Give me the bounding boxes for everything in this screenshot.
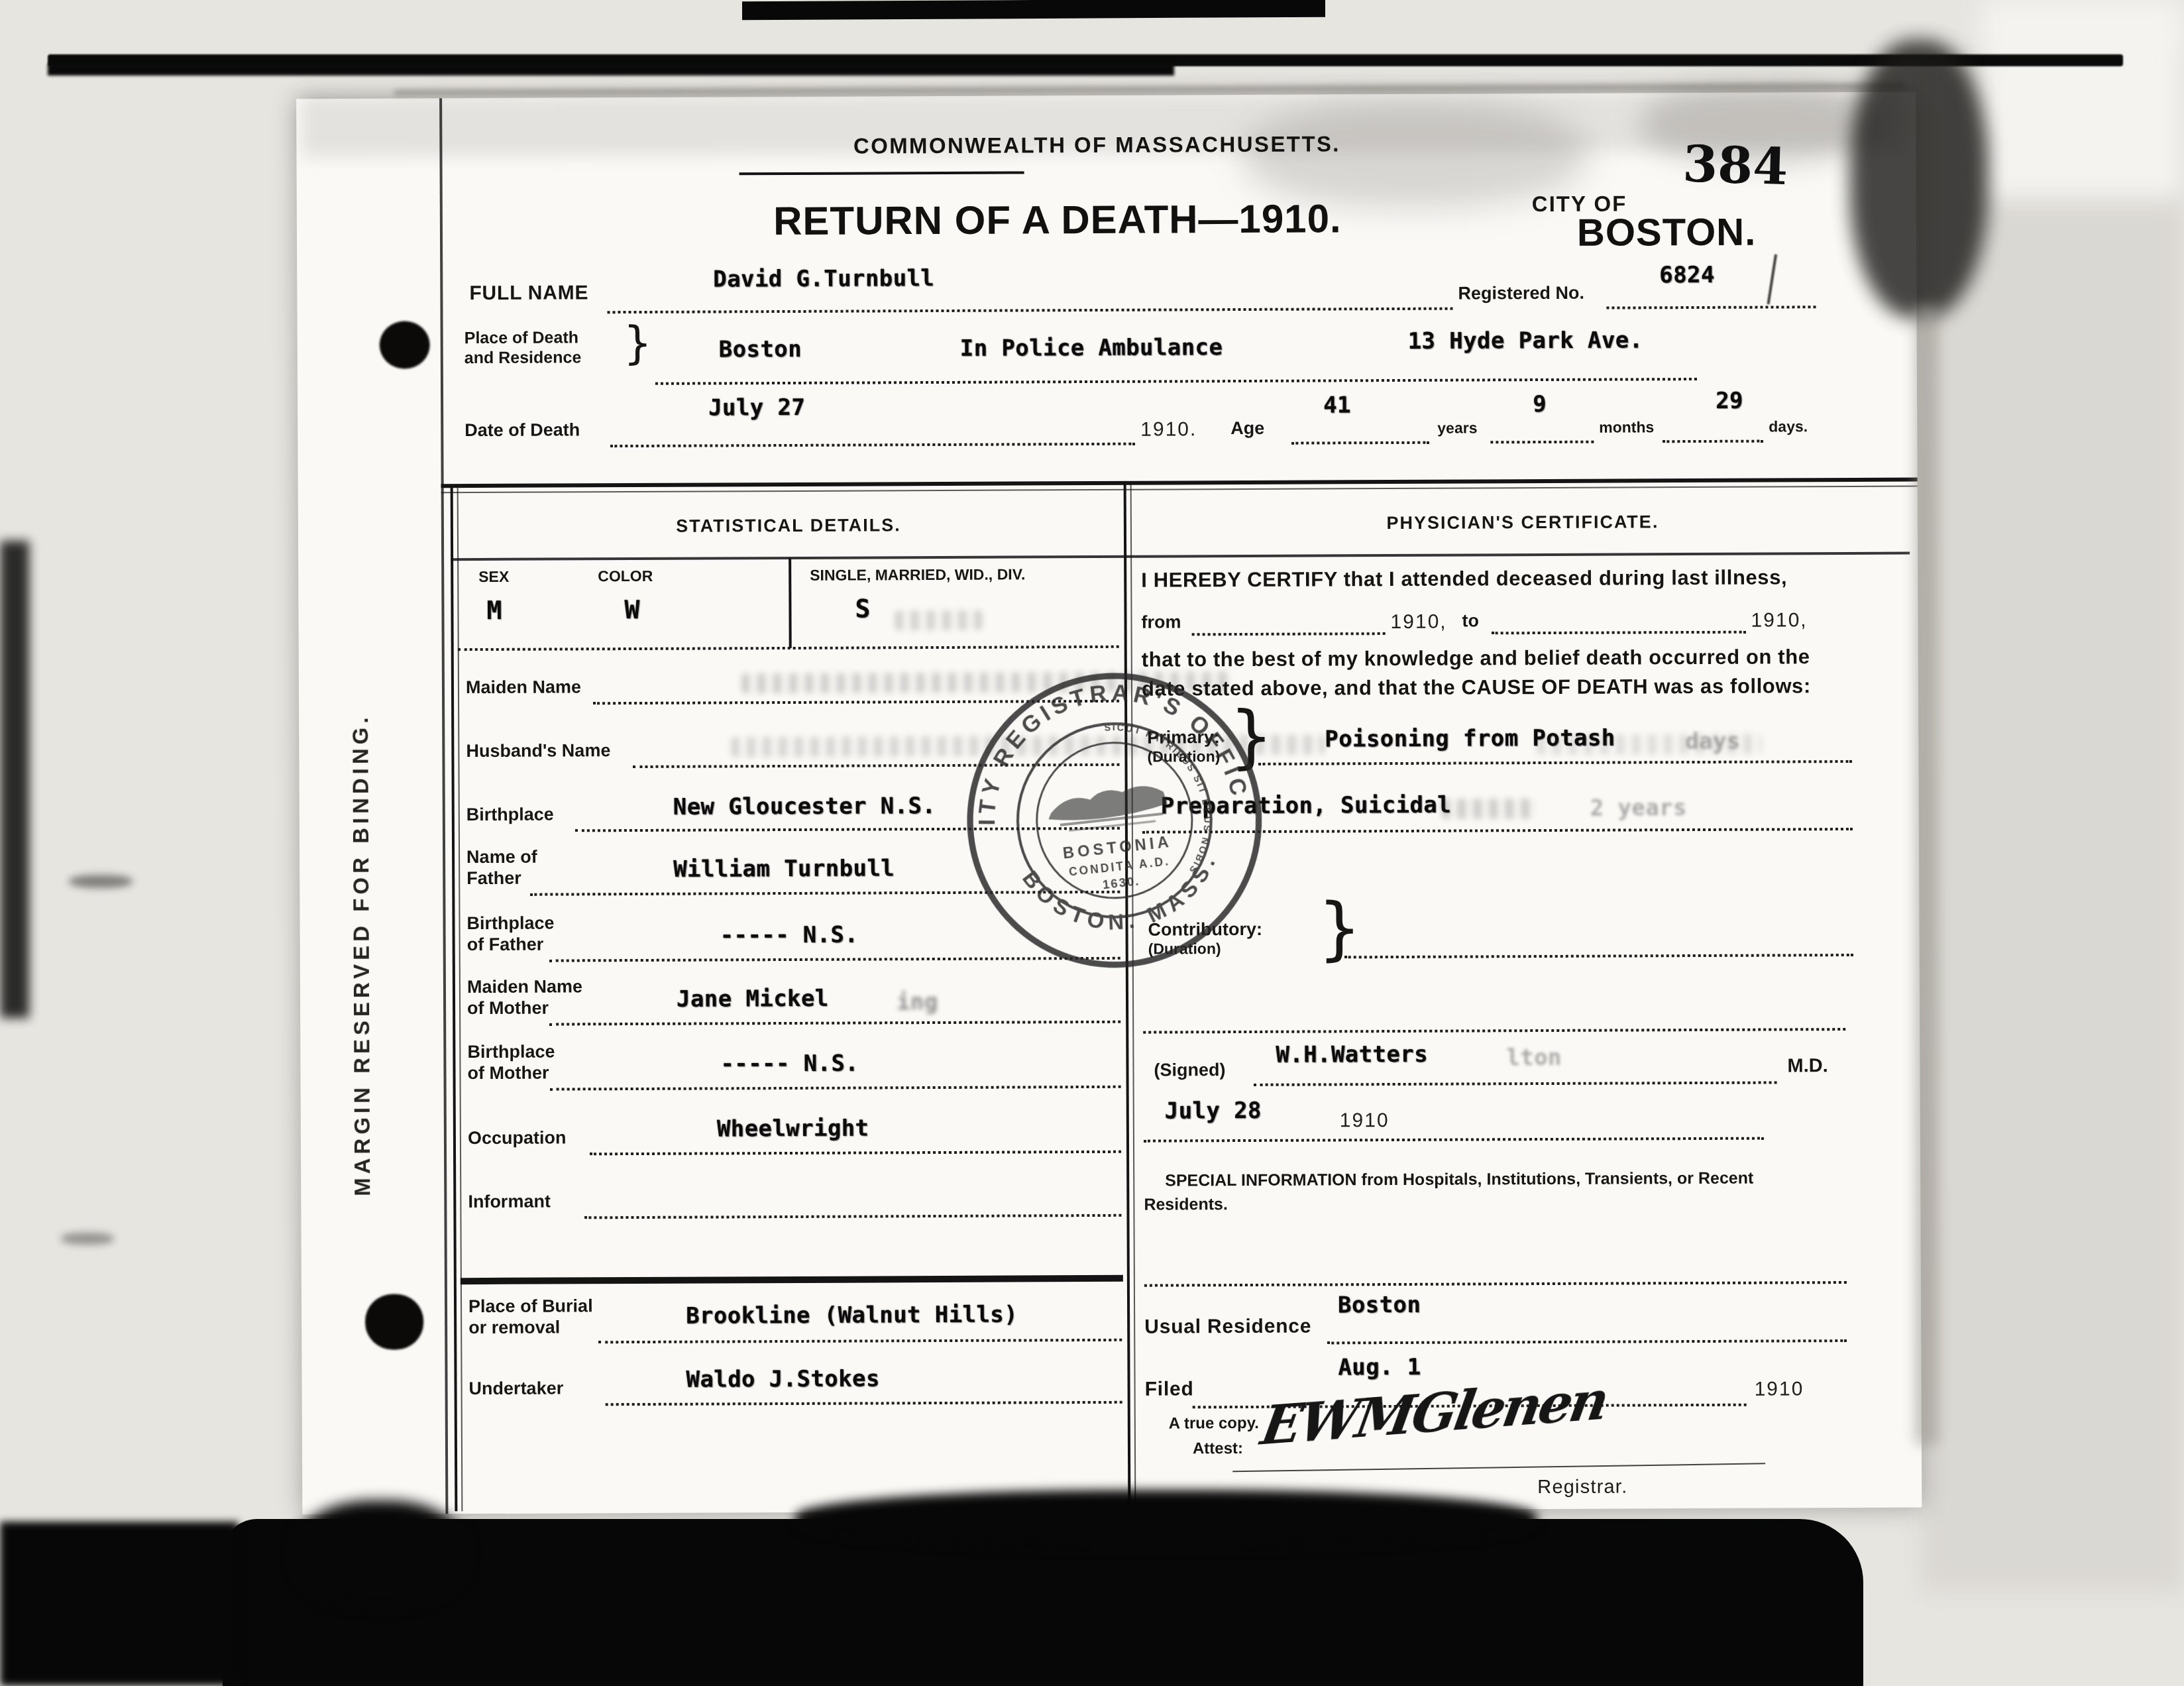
contributory-brace: } — [1317, 899, 1362, 961]
occupation-value: Wheelwright — [717, 1118, 869, 1141]
birthplace-label: Birthplace — [466, 805, 554, 825]
undertaker-value: Waldo J.Stokes — [686, 1369, 879, 1392]
filed-year-printed: 1910 — [1755, 1378, 1804, 1400]
scan-top-bar — [742, 0, 1325, 20]
special-info-line-2: Residents. — [1144, 1195, 1228, 1214]
certify-line: I HEREBY CERTIFY that I attended decease… — [1141, 565, 1787, 594]
undertaker-label: Undertaker — [469, 1378, 564, 1398]
city-name: BOSTON. — [1577, 212, 1756, 256]
signed-date-value: July 28 — [1165, 1101, 1262, 1124]
months-label: months — [1599, 420, 1654, 437]
full-name-value: David G.Turnbull — [713, 268, 934, 292]
age-label: Age — [1230, 418, 1264, 438]
place-city-value: Boston — [719, 339, 802, 363]
statistical-title: STATISTICAL DETAILS. — [457, 514, 1120, 537]
mother-name-value: Jane Mickel — [677, 989, 829, 1012]
place-of-death-label-1: Place of Death — [464, 328, 578, 347]
md-label: M.D. — [1787, 1056, 1828, 1078]
scan-corner-blotch — [1850, 40, 1988, 318]
registered-no-value: 6824 — [1659, 265, 1715, 288]
signed-name-ghost: lton — [1506, 1048, 1562, 1070]
seal-year-text: 1630. — [1102, 873, 1140, 891]
erased-text-smudge — [1537, 734, 1762, 755]
special-info-line-1: SPECIAL INFORMATION from Hospitals, Inst… — [1165, 1169, 1753, 1190]
mother-birthplace-label-1: Birthplace — [467, 1042, 555, 1062]
place-detail-value: In Police Ambulance — [960, 337, 1223, 361]
usual-residence-value: Boston — [1338, 1295, 1421, 1318]
scan-left-streak — [0, 541, 29, 1018]
marital-value: S — [855, 597, 870, 622]
sex-label: SEX — [478, 570, 509, 587]
mother-name-label-1: Maiden Name — [467, 976, 582, 997]
scan-left-mark-2 — [61, 1233, 114, 1245]
cause-secondary-ghost: 2 years — [1590, 798, 1687, 821]
from-year: 1910, — [1390, 611, 1447, 634]
signed-year-printed: 1910 — [1340, 1109, 1390, 1132]
date-value: July 27 — [708, 398, 805, 421]
physician-title: PHYSICIAN'S CERTIFICATE. — [1132, 511, 1914, 534]
scan-bottom-bump — [795, 1490, 1537, 1548]
age-years-value: 41 — [1323, 395, 1351, 418]
father-name-value: William Turnbull — [673, 858, 895, 881]
scan-top-strip-thick — [48, 64, 1174, 76]
commonwealth-heading: COMMONWEALTH OF MASSACHUSETTS. — [659, 132, 1534, 161]
page-number-handwritten: 384 — [1682, 133, 1788, 196]
color-value: W — [624, 598, 639, 624]
occupation-label: Occupation — [468, 1127, 567, 1148]
date-year-printed: 1910. — [1140, 418, 1197, 441]
scanned-death-certificate: MARGIN RESERVED FOR BINDING. COMMONWEALT… — [0, 0, 2184, 1686]
erased-text-smudge — [1442, 799, 1537, 819]
father-birthplace-label-1: Birthplace — [466, 913, 554, 934]
erased-text-smudge — [895, 610, 982, 631]
marital-label: SINGLE, MARRIED, WID., DIV. — [810, 567, 1025, 585]
age-months-line — [1490, 441, 1594, 444]
full-name-label: FULL NAME — [469, 283, 588, 306]
signed-label: (Signed) — [1154, 1060, 1225, 1080]
days-label: days. — [1769, 420, 1808, 437]
birthplace-value: New Gloucester N.S. — [673, 796, 936, 820]
mother-birthplace-label-2: of Mother — [467, 1063, 549, 1084]
father-birthplace-value: ----- N.S. — [720, 925, 859, 948]
mother-name-ghost: ing — [897, 992, 938, 1015]
place-address-value: 13 Hyde Park Ave. — [1408, 330, 1643, 354]
city-registrar-seal-stamp: CITY REGISTRAR'S OFFICE BOSTON. MASS. SI… — [950, 655, 1280, 986]
date-of-death-label: Date of Death — [464, 420, 580, 440]
to-year: 1910, — [1751, 609, 1807, 632]
filed-label: Filed — [1145, 1379, 1194, 1402]
informant-label: Informant — [468, 1192, 551, 1212]
sex-value: M — [486, 599, 502, 624]
usual-residence-label: Usual Residence — [1144, 1317, 1311, 1340]
filed-date-value: Aug. 1 — [1338, 1357, 1421, 1380]
mother-name-label-2: of Mother — [467, 998, 549, 1019]
years-label: years — [1437, 421, 1477, 438]
from-label: from — [1141, 612, 1181, 632]
father-birthplace-label-2: of Father — [467, 934, 544, 955]
place-of-death-label-2: and Residence — [464, 348, 582, 367]
binding-margin-note: MARGIN RESERVED FOR BINDING. — [349, 713, 376, 1196]
age-days-line — [1663, 440, 1763, 443]
scan-bottom-left-corner — [0, 1522, 239, 1686]
scan-left-mark-1 — [69, 875, 133, 888]
burial-place-label-2: or removal — [468, 1318, 560, 1338]
punch-hole-bottom — [365, 1294, 423, 1349]
color-label: COLOR — [598, 569, 653, 587]
signed-name-value: W.H.Watters — [1276, 1044, 1428, 1068]
registered-no-label: Registered No. — [1458, 283, 1584, 304]
scan-right-edge-streak — [1915, 305, 1939, 1445]
registrar-label: Registrar. — [1537, 1477, 1627, 1498]
punch-hole-top — [380, 321, 430, 368]
maiden-name-label: Maiden Name — [466, 677, 581, 697]
to-label: to — [1462, 610, 1479, 630]
form-title: RETURN OF A DEATH—1910. — [653, 197, 1462, 246]
marital-subdivider — [789, 558, 791, 648]
father-name-label-1: Name of — [466, 847, 537, 868]
burial-place-value: Brookline (Walnut Hills) — [686, 1304, 1018, 1328]
husbands-name-label: Husband's Name — [466, 740, 610, 761]
place-brace: } — [624, 324, 653, 365]
father-name-label-2: Father — [466, 868, 521, 889]
age-days-value: 29 — [1716, 391, 1743, 414]
burial-place-label-1: Place of Burial — [468, 1296, 593, 1316]
mother-birthplace-value: ----- N.S. — [720, 1054, 859, 1077]
age-months-value: 9 — [1533, 394, 1547, 417]
attest-label: Attest: — [1193, 1440, 1243, 1458]
certificate-sheet: MARGIN RESERVED FOR BINDING. COMMONWEALT… — [0, 0, 2184, 1686]
true-copy-label: A true copy. — [1169, 1415, 1259, 1433]
seal-skyline-art — [1046, 783, 1168, 824]
scan-bottom-left-blob — [294, 1500, 466, 1606]
